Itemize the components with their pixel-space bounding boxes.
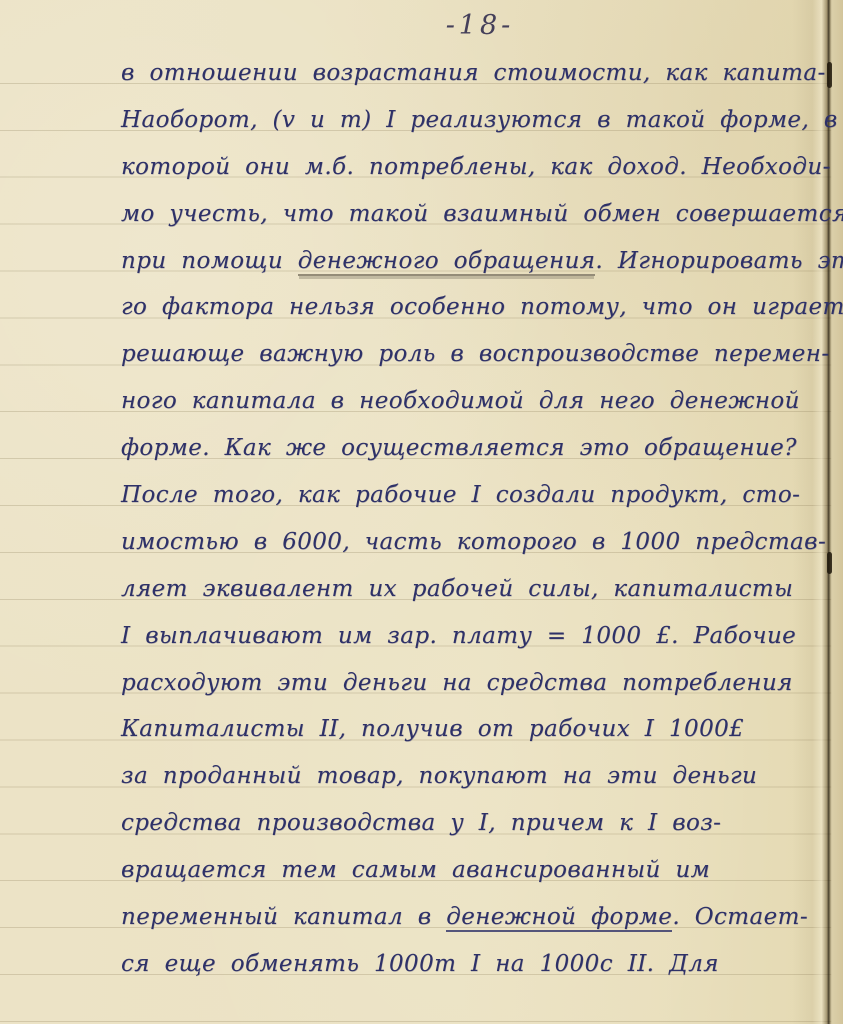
handwritten-line: решающе важную роль в воспроизводстве пе… — [121, 331, 833, 378]
line-text: Наоборот, (v и m) I реализуются в такой … — [121, 107, 838, 133]
line-text: форме. Как же осуществляется это обращен… — [121, 435, 797, 461]
line-text: мо учесть, что такой взаимный обмен сове… — [121, 201, 843, 227]
handwritten-line: мо учесть, что такой взаимный обмен сове… — [121, 191, 833, 238]
handwriting: в отношении возрастания стоимости, как к… — [121, 50, 833, 988]
handwritten-line: переменный капитал в денежной форме. Ост… — [121, 894, 833, 941]
handwritten-line: расходуют эти деньги на средства потребл… — [121, 660, 833, 707]
line-text: за проданный товар, покупают на эти день… — [121, 763, 757, 789]
line-text: После того, как рабочие I создали продук… — [121, 482, 800, 508]
handwritten-line: средства производства у I, причем к I во… — [121, 800, 833, 847]
line-text: переменный капитал в — [121, 904, 446, 930]
line-text: в отношении возрастания стоимости, как к… — [121, 60, 826, 86]
handwritten-line: ного капитала в необходимой для него ден… — [121, 378, 833, 425]
line-text: Капиталисты II, получив от рабочих I 100… — [121, 716, 744, 742]
underlined-phrase: денежной форме — [446, 904, 672, 932]
handwritten-line: в отношении возрастания стоимости, как к… — [121, 50, 833, 97]
line-text: го фактора нельзя особенно потому, что о… — [121, 294, 843, 320]
handwritten-line: ляет эквивалент их рабочей силы, капитал… — [121, 566, 833, 613]
handwritten-line: После того, как рабочие I создали продук… — [121, 472, 833, 519]
handwritten-line: которой они м.б. потреблены, как доход. … — [121, 144, 833, 191]
handwritten-line: ся еще обменять 1000m I на 1000c II. Для — [121, 941, 833, 988]
line-text: ляет эквивалент их рабочей силы, капитал… — [121, 576, 793, 602]
line-text: имостью в 6000, часть которого в 1000 пр… — [121, 529, 826, 555]
handwritten-line: I выплачивают им зар. плату = 1000 £. Ра… — [121, 613, 833, 660]
line-text: средства производства у I, причем к I во… — [121, 810, 721, 836]
handwritten-line: за проданный товар, покупают на эти день… — [121, 753, 833, 800]
handwritten-line: Капиталисты II, получив от рабочих I 100… — [121, 706, 833, 753]
handwritten-line: форме. Как же осуществляется это обращен… — [121, 425, 833, 472]
handwritten-line: при помощи денежного обращения. Игнориро… — [121, 238, 833, 285]
line-text: вращается тем самым авансированный им — [121, 857, 710, 883]
line-text: при помощи — [121, 248, 298, 274]
scanned-manuscript-page: -18- в отношении возрастания стоимости, … — [0, 0, 843, 1024]
handwritten-line: имостью в 6000, часть которого в 1000 пр… — [121, 519, 833, 566]
line-text: . Остает- — [672, 904, 808, 930]
handwritten-line: вращается тем самым авансированный им — [121, 847, 833, 894]
handwritten-line: го фактора нельзя особенно потому, что о… — [121, 284, 833, 331]
line-text: ся еще обменять 1000m I на 1000c II. Для — [121, 951, 719, 977]
underlined-phrase: денежного обращения — [298, 248, 596, 276]
line-text: которой они м.б. потреблены, как доход. … — [121, 154, 831, 180]
line-text: расходуют эти деньги на средства потребл… — [121, 670, 793, 696]
line-text: . Игнорировать это- — [595, 248, 843, 274]
line-text: ного капитала в необходимой для него ден… — [121, 388, 800, 414]
line-text: I выплачивают им зар. плату = 1000 £. Ра… — [121, 623, 796, 649]
page-number: -18- — [400, 10, 560, 41]
handwritten-line: Наоборот, (v и m) I реализуются в такой … — [121, 97, 833, 144]
line-text: решающе важную роль в воспроизводстве пе… — [121, 341, 830, 367]
